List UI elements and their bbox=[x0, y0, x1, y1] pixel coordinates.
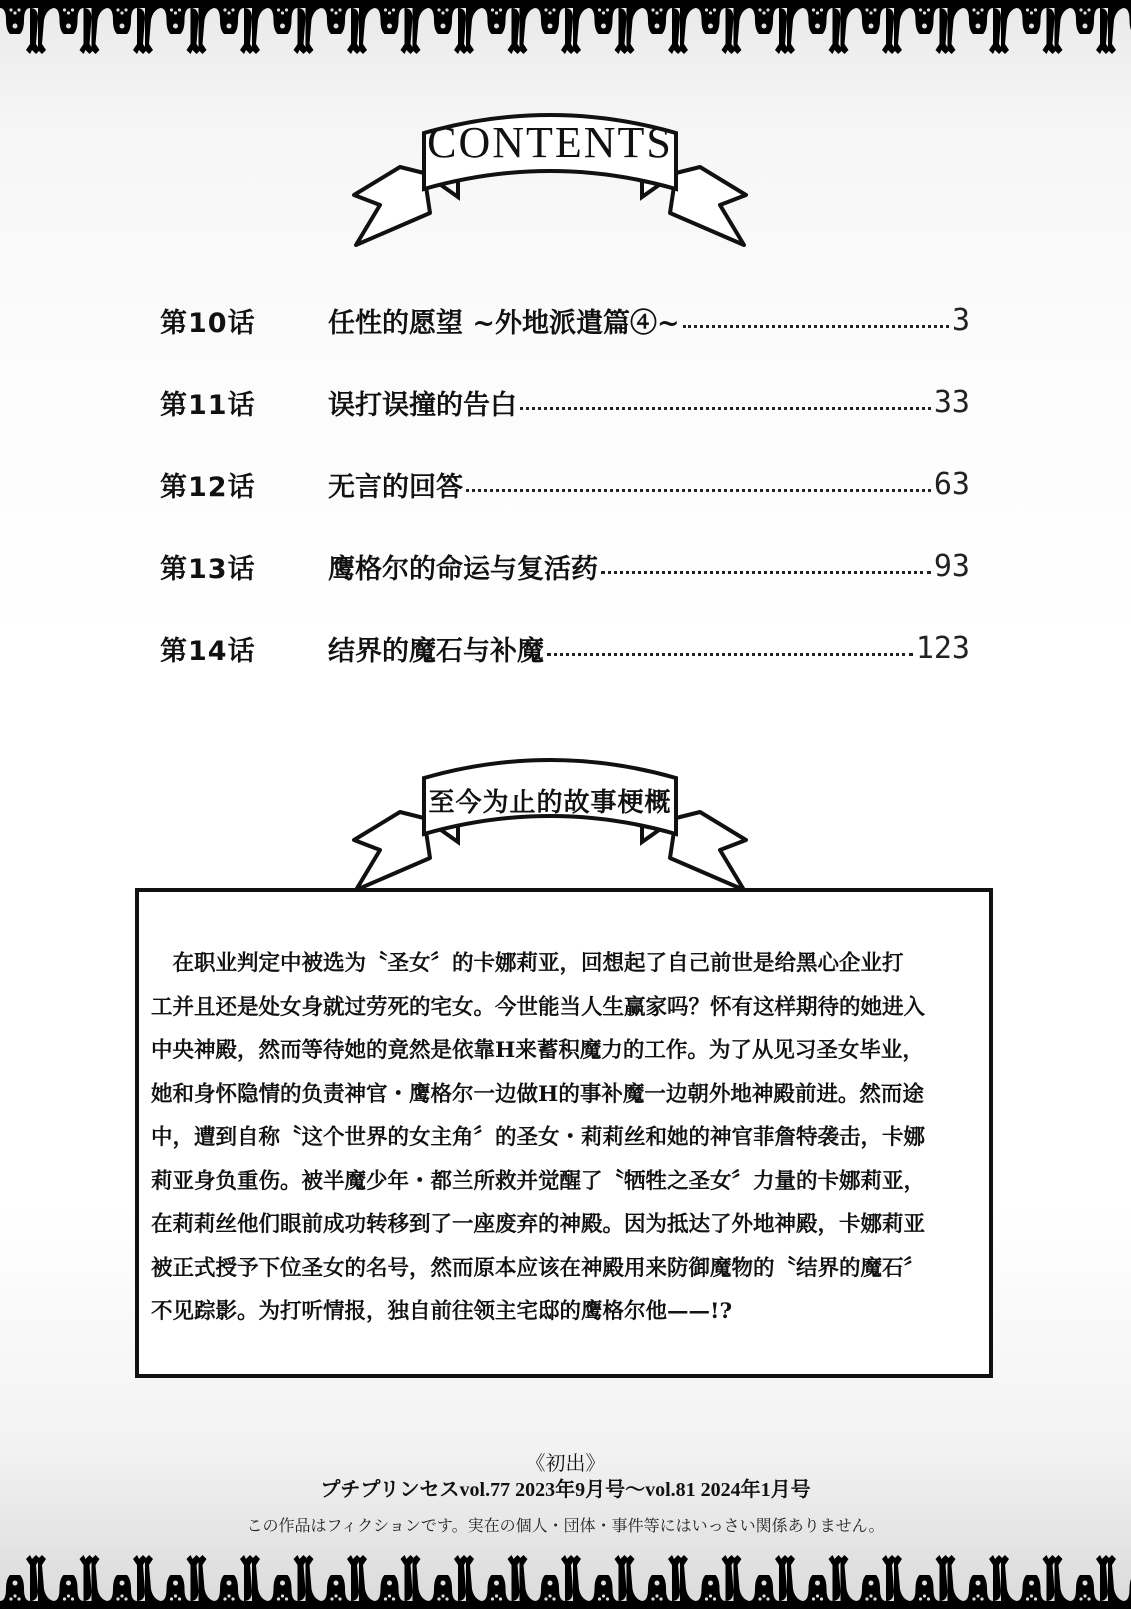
summary-box: 在职业判定中被选为〝圣女〞的卡娜莉亚，回想起了自己前世是给黑心企业打 工并且还是… bbox=[135, 888, 993, 1378]
page-number: 33 bbox=[934, 385, 970, 420]
ornamental-border-bottom bbox=[0, 1551, 1131, 1609]
summary-line: 中央神殿，然而等待她的竟然是依靠H来蓄积魔力的工作。为了从见习圣女毕业， bbox=[151, 1029, 969, 1073]
toc-entry[interactable]: 第14话 结界的魔石与补魔 123 bbox=[160, 628, 970, 668]
summary-line: 她和身怀隐情的负责神官・鹰格尔一边做H的事补魔一边朝外地神殿前进。然而途 bbox=[151, 1073, 969, 1117]
first-published-label: 《初出》 bbox=[0, 1447, 1131, 1476]
fiction-disclaimer: この作品はフィクションです。実在の個人・団体・事件等にはいっさい関係ありません。 bbox=[0, 1513, 1131, 1536]
toc-entry[interactable]: 第12话 无言的回答 63 bbox=[160, 464, 970, 504]
summary-line: 在莉莉丝他们眼前成功转移到了一座废弃的神殿。因为抵达了外地神殿，卡娜莉亚 bbox=[151, 1203, 969, 1247]
dot-leader bbox=[683, 325, 949, 328]
toc-entry[interactable]: 第13话 鹰格尔的命运与复活药 93 bbox=[160, 546, 970, 586]
dot-leader bbox=[520, 407, 931, 410]
dot-leader bbox=[601, 571, 931, 574]
summary-title: 至今为止的故事梗概 bbox=[340, 782, 760, 819]
chapter-title: 鹰格尔的命运与复活药 bbox=[328, 547, 598, 586]
summary-line: 被正式授予下位圣女的名号，然而原本应该在神殿用来防御魔物的〝结界的魔石〞 bbox=[151, 1247, 969, 1291]
chapter-number: 第13话 bbox=[160, 547, 328, 586]
chapter-title: 结界的魔石与补魔 bbox=[328, 629, 544, 668]
chapter-number: 第12话 bbox=[160, 465, 328, 504]
chapter-title: 无言的回答 bbox=[328, 465, 463, 504]
ornamental-border-top bbox=[0, 0, 1131, 58]
summary-banner: 至今为止的故事梗概 bbox=[340, 750, 760, 900]
summary-line: 不见踪影。为打听情报，独自前往领主宅邸的鹰格尔他——!? bbox=[151, 1290, 969, 1334]
chapter-title: 任性的愿望 ~外地派遣篇④~ bbox=[328, 301, 680, 340]
dot-leader bbox=[466, 489, 931, 492]
publication-source: プチプリンセスvol.77 2023年9月号～vol.81 2024年1月号 bbox=[0, 1473, 1131, 1502]
page-number: 123 bbox=[916, 631, 970, 666]
summary-line: 中，遭到自称〝这个世界的女主角〞的圣女・莉莉丝和她的神官菲詹特袭击，卡娜 bbox=[151, 1116, 969, 1160]
page-number: 3 bbox=[952, 303, 970, 338]
contents-title: CONTENTS bbox=[340, 117, 760, 168]
summary-paragraph: 在职业判定中被选为〝圣女〞的卡娜莉亚，回想起了自己前世是给黑心企业打 工并且还是… bbox=[151, 942, 969, 1334]
chapter-number: 第14话 bbox=[160, 629, 328, 668]
summary-line: 在职业判定中被选为〝圣女〞的卡娜莉亚，回想起了自己前世是给黑心企业打 bbox=[151, 942, 969, 986]
page-number: 63 bbox=[934, 467, 970, 502]
dot-leader bbox=[547, 653, 913, 656]
summary-line: 莉亚身负重伤。被半魔少年・都兰所救并觉醒了〝牺牲之圣女〞力量的卡娜莉亚， bbox=[151, 1160, 969, 1204]
toc-entry[interactable]: 第11话 误打误撞的告白 33 bbox=[160, 382, 970, 422]
summary-line: 工并且还是处女身就过劳死的宅女。今世能当人生赢家吗？怀有这样期待的她进入 bbox=[151, 986, 969, 1030]
chapter-title: 误打误撞的告白 bbox=[328, 383, 517, 422]
ribbon-banner-icon bbox=[340, 750, 760, 900]
toc-entry[interactable]: 第10话 任性的愿望 ~外地派遣篇④~ 3 bbox=[160, 300, 970, 340]
contents-banner: CONTENTS bbox=[340, 105, 760, 255]
chapter-number: 第11话 bbox=[160, 383, 328, 422]
chapter-number: 第10话 bbox=[160, 301, 328, 340]
page-number: 93 bbox=[934, 549, 970, 584]
